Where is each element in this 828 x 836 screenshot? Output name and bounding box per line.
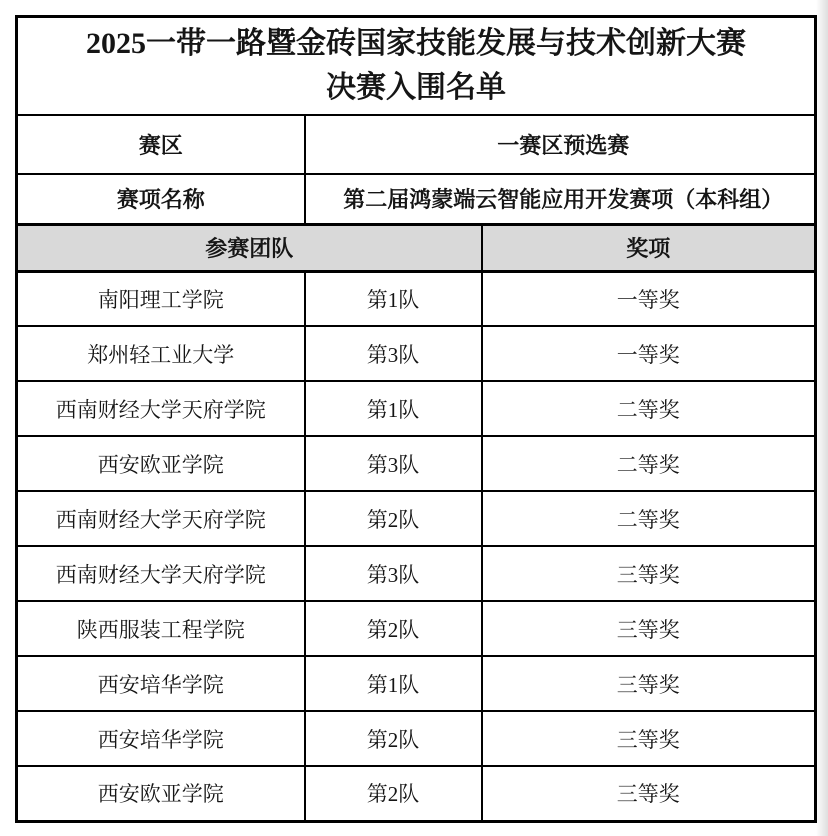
award-cell: 二等奖	[482, 491, 816, 546]
title-row: 2025一带一路暨金砖国家技能发展与技术创新大赛 决赛入围名单	[17, 17, 816, 116]
team-cell: 西南财经大学天府学院	[17, 491, 305, 546]
team-cell: 西安培华学院	[17, 656, 305, 711]
unit-cell: 第2队	[305, 601, 482, 656]
document-page: 2025一带一路暨金砖国家技能发展与技术创新大赛 决赛入围名单 赛区 一赛区预选…	[0, 0, 828, 836]
award-cell: 三等奖	[482, 601, 816, 656]
unit-cell: 第2队	[305, 491, 482, 546]
table-row: 西南财经大学天府学院 第1队 二等奖	[17, 381, 816, 436]
award-cell: 一等奖	[482, 271, 816, 326]
award-cell: 三等奖	[482, 711, 816, 766]
table-row: 南阳理工学院 第1队 一等奖	[17, 271, 816, 326]
results-table: 2025一带一路暨金砖国家技能发展与技术创新大赛 决赛入围名单 赛区 一赛区预选…	[15, 15, 817, 823]
award-cell: 三等奖	[482, 766, 816, 821]
unit-cell: 第1队	[305, 656, 482, 711]
table-header-row: 参赛团队 奖项	[17, 224, 816, 271]
doc-title: 2025一带一路暨金砖国家技能发展与技术创新大赛 决赛入围名单	[17, 17, 816, 116]
unit-cell: 第2队	[305, 766, 482, 821]
doc-title-line2: 决赛入围名单	[28, 66, 804, 110]
unit-cell: 第3队	[305, 326, 482, 381]
unit-cell: 第3队	[305, 436, 482, 491]
unit-cell: 第1队	[305, 271, 482, 326]
event-name-value: 第二届鸿蒙端云智能应用开发赛项（本科组）	[305, 174, 816, 224]
table-row: 西安欧亚学院 第3队 二等奖	[17, 436, 816, 491]
award-cell: 三等奖	[482, 546, 816, 601]
award-cell: 二等奖	[482, 381, 816, 436]
award-cell: 一等奖	[482, 326, 816, 381]
doc-title-line1: 2025一带一路暨金砖国家技能发展与技术创新大赛	[28, 22, 804, 66]
unit-cell: 第1队	[305, 381, 482, 436]
header-award: 奖项	[482, 224, 816, 271]
team-cell: 陕西服装工程学院	[17, 601, 305, 656]
header-team: 参赛团队	[17, 224, 482, 271]
table-row: 陕西服装工程学院 第2队 三等奖	[17, 601, 816, 656]
table-row: 西南财经大学天府学院 第3队 三等奖	[17, 546, 816, 601]
team-cell: 西安欧亚学院	[17, 766, 305, 821]
region-label: 赛区	[17, 115, 305, 174]
region-row: 赛区 一赛区预选赛	[17, 115, 816, 174]
table-row: 郑州轻工业大学 第3队 一等奖	[17, 326, 816, 381]
table-row: 西南财经大学天府学院 第2队 二等奖	[17, 491, 816, 546]
team-cell: 郑州轻工业大学	[17, 326, 305, 381]
team-cell: 西南财经大学天府学院	[17, 381, 305, 436]
region-value: 一赛区预选赛	[305, 115, 816, 174]
event-name-row: 赛项名称 第二届鸿蒙端云智能应用开发赛项（本科组）	[17, 174, 816, 224]
team-cell: 西安欧亚学院	[17, 436, 305, 491]
team-cell: 南阳理工学院	[17, 271, 305, 326]
table-row: 西安培华学院 第2队 三等奖	[17, 711, 816, 766]
unit-cell: 第3队	[305, 546, 482, 601]
table-row: 西安欧亚学院 第2队 三等奖	[17, 766, 816, 821]
team-cell: 西南财经大学天府学院	[17, 546, 305, 601]
event-name-label: 赛项名称	[17, 174, 305, 224]
unit-cell: 第2队	[305, 711, 482, 766]
award-cell: 二等奖	[482, 436, 816, 491]
team-cell: 西安培华学院	[17, 711, 305, 766]
award-cell: 三等奖	[482, 656, 816, 711]
page-edge-shadow	[816, 0, 828, 836]
table-row: 西安培华学院 第1队 三等奖	[17, 656, 816, 711]
